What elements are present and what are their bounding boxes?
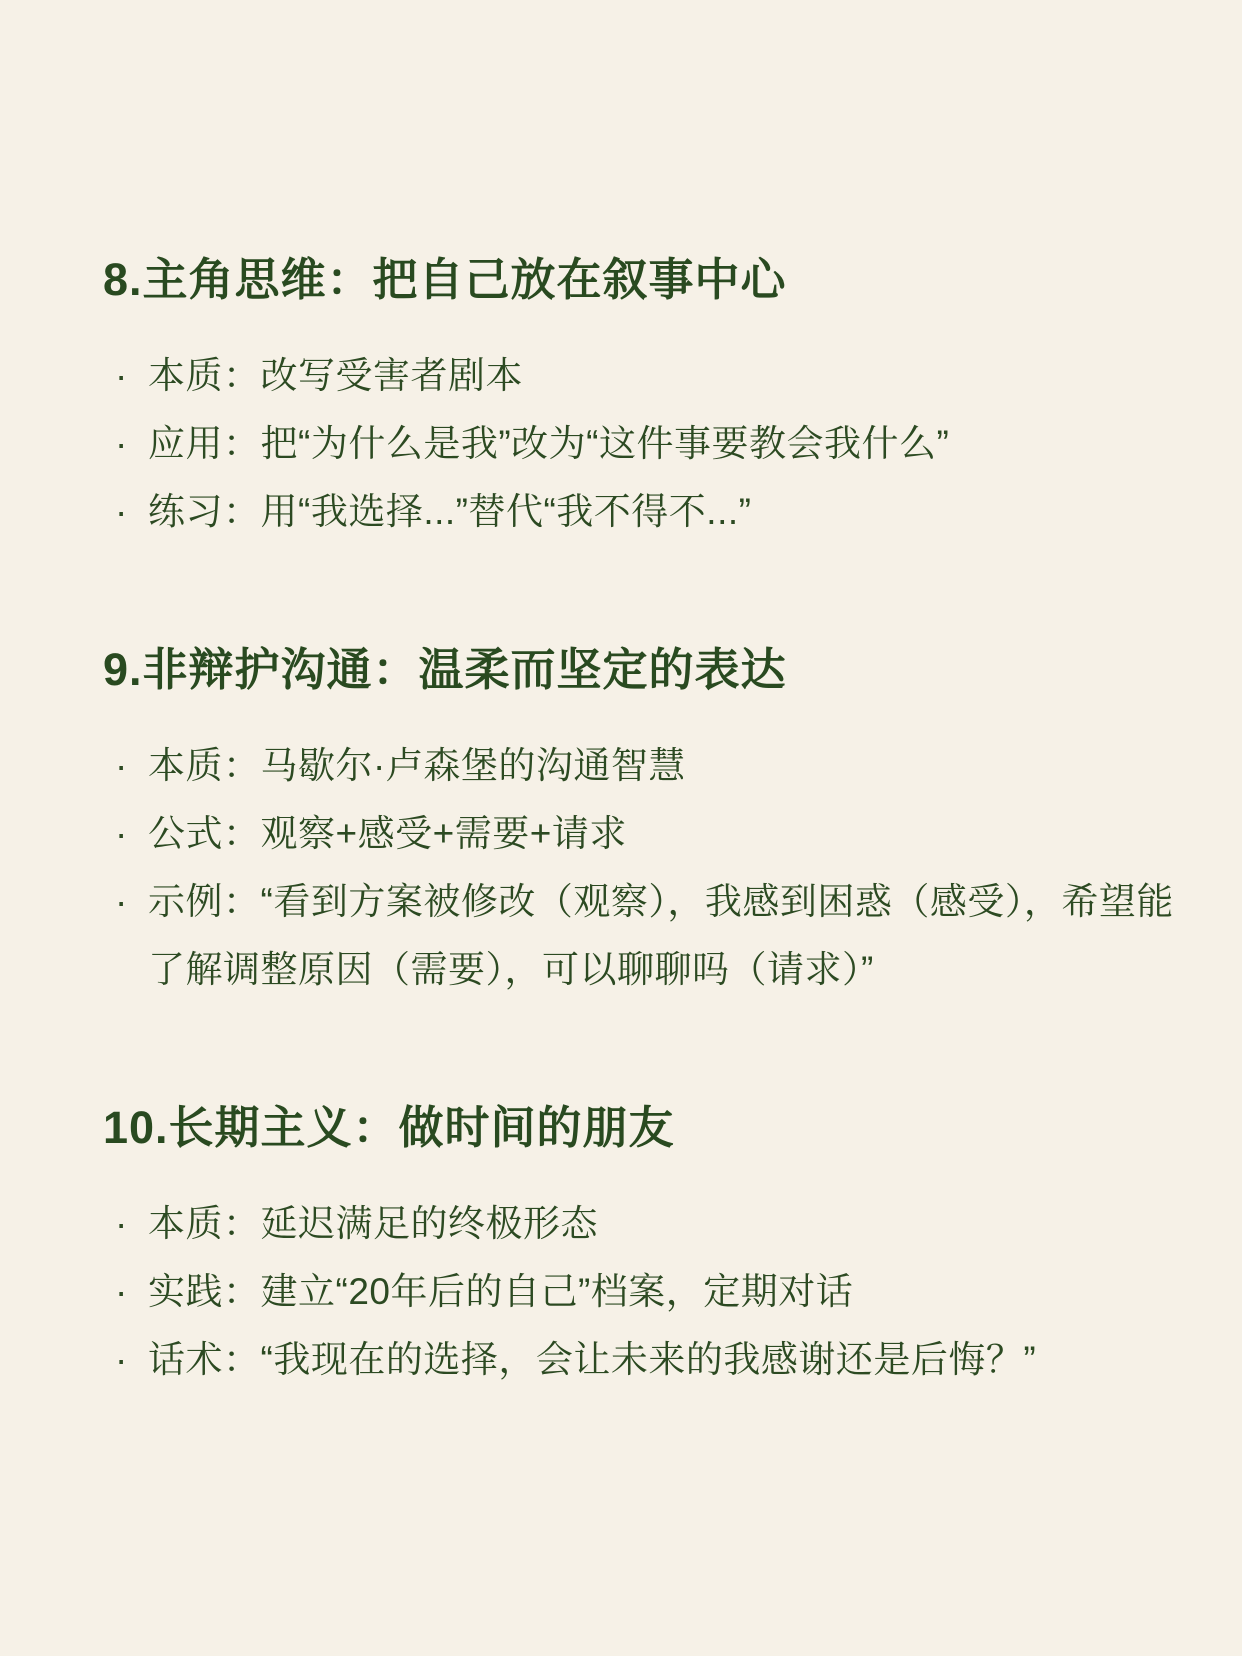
section-8-title: 8.主角思维：把自己放在叙事中心 bbox=[103, 252, 1192, 308]
bullet-text: 应用：把“为什么是我”改为“这件事要教会我什么” bbox=[148, 423, 949, 464]
bullet-item: · 话术：“我现在的选择，会让未来的我感谢还是后悔？” bbox=[103, 1326, 1192, 1394]
bullet-item: · 本质：延迟满足的终极形态 bbox=[103, 1190, 1192, 1258]
bullet-item: · 实践：建立“20年后的自己”档案，定期对话 bbox=[103, 1258, 1192, 1326]
section-9-title: 9.非辩护沟通：温柔而坚定的表达 bbox=[103, 642, 1192, 698]
bullet-text: 本质：改写受害者剧本 bbox=[148, 355, 523, 396]
section-9: 9.非辩护沟通：温柔而坚定的表达 · 本质：马歇尔·卢森堡的沟通智慧 · 公式：… bbox=[103, 642, 1192, 1004]
bullet-dot-icon: · bbox=[115, 1258, 128, 1326]
bullet-text: 本质：延迟满足的终极形态 bbox=[148, 1203, 598, 1244]
bullet-item: · 练习：用“我选择...”替代“我不得不...” bbox=[103, 478, 1192, 546]
bullet-item: · 本质：马歇尔·卢森堡的沟通智慧 bbox=[103, 732, 1192, 800]
bullet-dot-icon: · bbox=[115, 342, 128, 410]
bullet-text: 公式：观察+感受+需要+请求 bbox=[148, 813, 627, 854]
bullet-text: 实践：建立“20年后的自己”档案，定期对话 bbox=[148, 1271, 853, 1312]
note-page: 8.主角思维：把自己放在叙事中心 · 本质：改写受害者剧本 · 应用：把“为什么… bbox=[0, 0, 1242, 1656]
bullet-dot-icon: · bbox=[115, 478, 128, 546]
bullet-text: 练习：用“我选择...”替代“我不得不...” bbox=[148, 491, 751, 532]
section-8-bullet-list: · 本质：改写受害者剧本 · 应用：把“为什么是我”改为“这件事要教会我什么” … bbox=[103, 342, 1192, 546]
section-10-title: 10.长期主义：做时间的朋友 bbox=[103, 1100, 1192, 1156]
bullet-item: · 应用：把“为什么是我”改为“这件事要教会我什么” bbox=[103, 410, 1192, 478]
bullet-dot-icon: · bbox=[115, 732, 128, 800]
section-10-bullet-list: · 本质：延迟满足的终极形态 · 实践：建立“20年后的自己”档案，定期对话 ·… bbox=[103, 1190, 1192, 1394]
bullet-item: · 示例：“看到方案被修改（观察），我感到困惑（感受），希望能了解调整原因（需要… bbox=[103, 868, 1192, 1004]
bullet-text: 本质：马歇尔·卢森堡的沟通智慧 bbox=[148, 745, 686, 786]
bullet-dot-icon: · bbox=[115, 410, 128, 478]
bullet-item: · 本质：改写受害者剧本 bbox=[103, 342, 1192, 410]
section-8: 8.主角思维：把自己放在叙事中心 · 本质：改写受害者剧本 · 应用：把“为什么… bbox=[103, 252, 1192, 546]
bullet-item: · 公式：观察+感受+需要+请求 bbox=[103, 800, 1192, 868]
bullet-dot-icon: · bbox=[115, 1326, 128, 1394]
bullet-dot-icon: · bbox=[115, 1190, 128, 1258]
bullet-text: 话术：“我现在的选择，会让未来的我感谢还是后悔？” bbox=[148, 1339, 1036, 1380]
bullet-text: 示例：“看到方案被修改（观察），我感到困惑（感受），希望能了解调整原因（需要），… bbox=[148, 881, 1174, 990]
bullet-dot-icon: · bbox=[115, 868, 128, 936]
section-10: 10.长期主义：做时间的朋友 · 本质：延迟满足的终极形态 · 实践：建立“20… bbox=[103, 1100, 1192, 1394]
bullet-dot-icon: · bbox=[115, 800, 128, 868]
section-9-bullet-list: · 本质：马歇尔·卢森堡的沟通智慧 · 公式：观察+感受+需要+请求 · 示例：… bbox=[103, 732, 1192, 1004]
